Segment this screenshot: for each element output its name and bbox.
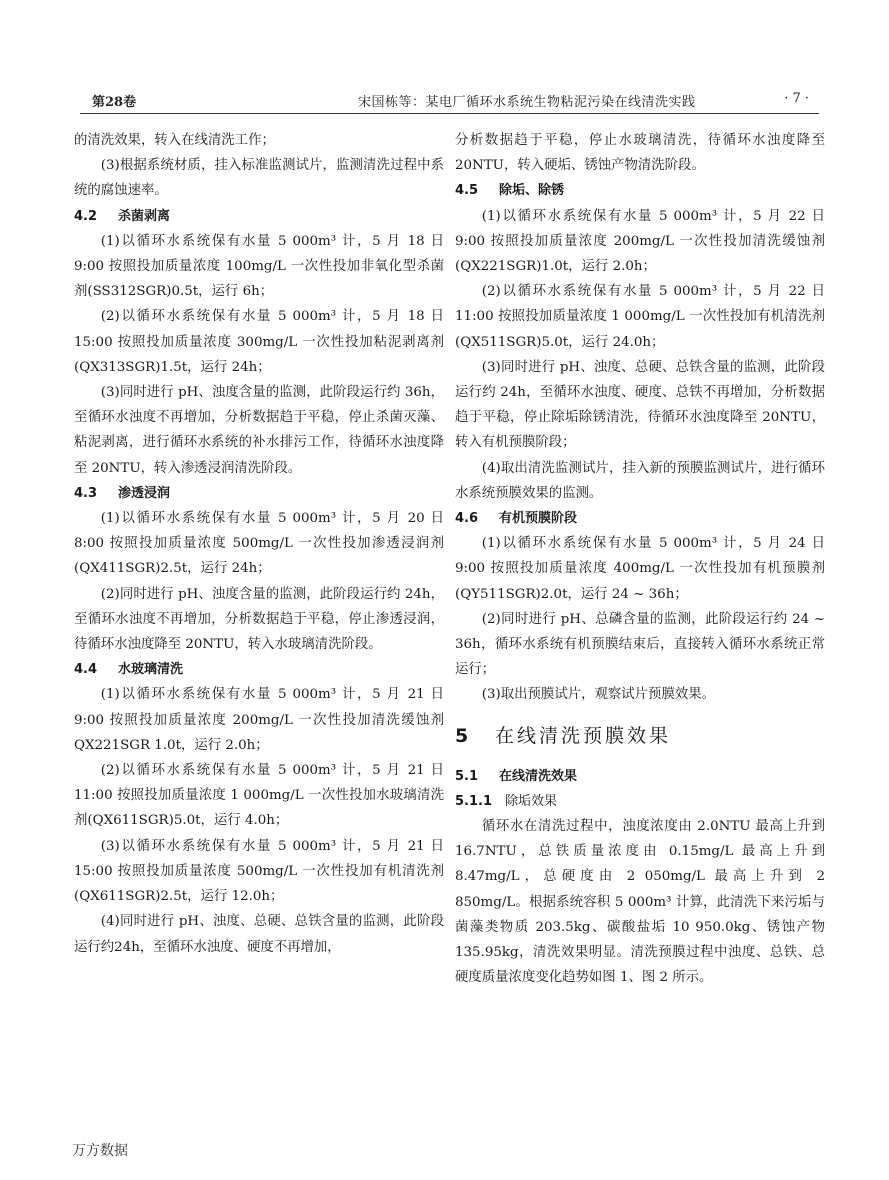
heading-number: 5.1 <box>455 764 499 789</box>
paragraph: (2)以循环水系统保有水量 5 000m³ 计，5 月 21 日 11:00 按… <box>74 758 444 834</box>
header-divider <box>80 113 819 114</box>
watermark: 万方数据 <box>72 1140 128 1160</box>
section-heading: 5在线清洗预膜效果 <box>455 722 825 750</box>
right-column: 分析数据趋于平稳，停止水玻璃清洗，待循环水浊度降至 20NTU，转入硬垢、锈蚀产… <box>455 128 825 991</box>
paragraph: (1)以循环水系统保有水量 5 000m³ 计，5 月 20 日 8:00 按照… <box>74 506 444 582</box>
heading-title: 除垢效果 <box>505 794 557 809</box>
running-title: 宋国栋等：某电厂循环水系统生物粘泥污染在线清洗实践 <box>358 91 696 110</box>
heading-number: 4.3 <box>74 481 118 506</box>
running-header: 第28卷 宋国栋等：某电厂循环水系统生物粘泥污染在线清洗实践 · 7 · <box>80 88 819 110</box>
left-column: 的清洗效果，转入在线清洗工作；(3)根据系统材质，挂入标准监测试片，监测清洗过程… <box>74 128 444 960</box>
paragraph: (1)以循环水系统保有水量 5 000m³ 计，5 月 21 日 9:00 按照… <box>74 682 444 758</box>
paragraph: (3)同时进行 pH、浊度、总硬、总铁含量的监测，此阶段运行约 24h，至循环水… <box>455 355 825 456</box>
subsection-heading: 4.2杀菌剥离 <box>74 204 444 229</box>
paragraph: (1)以循环水系统保有水量 5 000m³ 计，5 月 24 日 9:00 按照… <box>455 531 825 607</box>
heading-number: 4.4 <box>74 657 118 682</box>
subsection-heading: 4.3渗透浸润 <box>74 481 444 506</box>
heading-number: 5 <box>455 722 495 750</box>
paragraph: (3)以循环水系统保有水量 5 000m³ 计，5 月 21 日 15:00 按… <box>74 834 444 910</box>
heading-title: 杀菌剥离 <box>118 209 170 224</box>
heading-number: 4.6 <box>455 506 499 531</box>
subsubsection-heading: 5.1.1除垢效果 <box>455 789 825 814</box>
paragraph: (1)以循环水系统保有水量 5 000m³ 计，5 月 22 日 9:00 按照… <box>455 204 825 280</box>
paragraph: (2)同时进行 pH、浊度含量的监测，此阶段运行约 24h，至循环水浊度不再增加… <box>74 582 444 658</box>
page-number: · 7 · <box>784 91 809 106</box>
paragraph: (1)以循环水系统保有水量 5 000m³ 计，5 月 18 日 9:00 按照… <box>74 229 444 305</box>
volume-label: 第28卷 <box>92 91 136 110</box>
paragraph: (3)取出预膜试片，观察试片预膜效果。 <box>455 682 825 707</box>
heading-title: 有机预膜阶段 <box>499 511 577 526</box>
subsection-heading: 4.5除垢、除锈 <box>455 178 825 203</box>
heading-title: 除垢、除锈 <box>499 183 564 198</box>
heading-title: 在线清洗效果 <box>499 769 577 784</box>
heading-title: 在线清洗预膜效果 <box>495 725 671 747</box>
paragraph: (4)同时进行 pH、浊度、总硬、总铁含量的监测，此阶段运行约24h，至循环水浊… <box>74 909 444 959</box>
subsection-heading: 5.1在线清洗效果 <box>455 764 825 789</box>
heading-number: 4.5 <box>455 178 499 203</box>
heading-number: 4.2 <box>74 204 118 229</box>
paragraph: 分析数据趋于平稳，停止水玻璃清洗，待循环水浊度降至 20NTU，转入硬垢、锈蚀产… <box>455 128 825 178</box>
paragraph: 的清洗效果，转入在线清洗工作； <box>74 128 444 153</box>
paragraph: (2)以循环水系统保有水量 5 000m³ 计，5 月 22 日 11:00 按… <box>455 279 825 355</box>
paragraph: (3)同时进行 pH、浊度含量的监测，此阶段运行约 36h，至循环水浊度不再增加… <box>74 380 444 481</box>
paragraph: (2)以循环水系统保有水量 5 000m³ 计，5 月 18 日 15:00 按… <box>74 304 444 380</box>
subsection-heading: 4.4水玻璃清洗 <box>74 657 444 682</box>
heading-title: 水玻璃清洗 <box>118 662 183 677</box>
paragraph: (3)根据系统材质，挂入标准监测试片，监测清洗过程中系统的腐蚀速率。 <box>74 153 444 203</box>
subsection-heading: 4.6有机预膜阶段 <box>455 506 825 531</box>
heading-title: 渗透浸润 <box>118 486 170 501</box>
paragraph: 循环水在清洗过程中，浊度浓度由 2.0NTU 最高上升到 16.7NTU，总铁质… <box>455 814 825 990</box>
heading-number: 5.1.1 <box>455 789 505 814</box>
paragraph: (2)同时进行 pH、总磷含量的监测，此阶段运行约 24 ~ 36h，循环水系统… <box>455 607 825 683</box>
paragraph: (4)取出清洗监测试片，挂入新的预膜监测试片，进行循环水系统预膜效果的监测。 <box>455 456 825 506</box>
